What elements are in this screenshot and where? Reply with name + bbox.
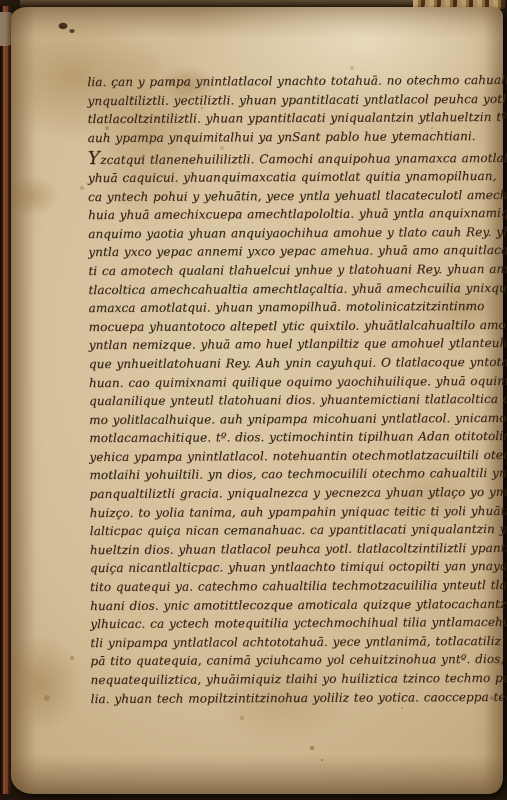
manuscript-line: ca yntech pohui y yehuātin, yece yntla y… bbox=[88, 186, 492, 207]
manuscript-line: tito quatequi ya. catechmo cahualtilia t… bbox=[90, 576, 494, 597]
manuscript-line: ti ca amotech qualani tlahuelcui ynhue y… bbox=[88, 260, 492, 281]
manuscript-line: amaxca amotlatqui. yhuan ynamopilhuā. mo… bbox=[89, 297, 493, 318]
manuscript-line: tli ynipampa yntlatlacol achtototahuā. y… bbox=[90, 632, 494, 653]
manuscript-line: qualanilique ynteutl tlatohuani dios. yh… bbox=[89, 390, 493, 411]
manuscript-text-block: lia. çan y pampa ynintlatlacol ynachto t… bbox=[87, 71, 494, 711]
manuscript-line: tlacoltica amechcahualtia amechtlaçaltia… bbox=[88, 278, 492, 299]
manuscript-line: ylhuicac. ca yctech motequitilia yctechm… bbox=[90, 613, 494, 634]
manuscript-line: pā tito quatequia, canimā yciuhcamo yol … bbox=[90, 650, 494, 671]
manuscript-line: lia. çan y pampa ynintlatlacol ynachto t… bbox=[87, 71, 491, 92]
manuscript-line: panqualtiliztli gracia. yniqualnezca y y… bbox=[89, 483, 493, 504]
manuscript-line: huizço. to yolia tanima, auh ypampahin y… bbox=[90, 502, 494, 523]
manuscript-line: ynqualtiliztli. yectiliztli. yhuan ypant… bbox=[87, 90, 491, 111]
manuscript-line: huia yhuā amechixcuepa amechtlapololtia.… bbox=[88, 204, 492, 225]
manuscript-line: tlatlacoltzintiliztli. yhuan ypantitlaca… bbox=[88, 108, 492, 129]
manuscript-line: motlacamachitique. tº. dios. yctimochint… bbox=[89, 427, 493, 448]
manuscript-line: que ynhueitlatohuani Rey. Auh ynin cayuh… bbox=[89, 353, 493, 374]
paragraph: Yzcatqui tlanenehuililiztli. Camochi anq… bbox=[88, 148, 495, 708]
manuscript-line: huani dios. ynic amotittlecozque amotica… bbox=[90, 595, 494, 616]
manuscript-line: auh ypampa ynquimitalhui ya ynSant pablo… bbox=[88, 127, 492, 148]
manuscript-line: lalticpac quiça nican cemanahuac. ca ypa… bbox=[90, 520, 494, 541]
manuscript-line: yhuā caquicui. yhuanquimaxcatia quimotla… bbox=[88, 167, 492, 188]
manuscript-line: mo yolitlacalhuique. auh ynipampa micohu… bbox=[89, 409, 493, 430]
manuscript-line: quiça nicantlalticpac. yhuan yntlaachto … bbox=[90, 557, 494, 578]
book-photograph: lia. çan y pampa ynintlatlacol ynachto t… bbox=[0, 0, 507, 800]
foxing-stains bbox=[11, 7, 13, 9]
manuscript-line: motlaihi yohuiltili. yn dios, cao techmo… bbox=[89, 464, 493, 485]
book-top-edge bbox=[20, 0, 440, 7]
manuscript-line: mocuepa yhuantotoco altepetl ytic quixti… bbox=[89, 316, 493, 337]
manuscript-line: lia. yhuan tech mopiltzintitzinohua yoli… bbox=[91, 688, 495, 709]
manuscript-line: Yzcatqui tlanenehuililiztli. Camochi anq… bbox=[88, 148, 492, 169]
manuscript-page: lia. çan y pampa ynintlatlacol ynachto t… bbox=[11, 7, 503, 794]
manuscript-line: yntla yxco yepac annemi yxco yepac amehu… bbox=[88, 241, 492, 262]
paragraph: lia. çan y pampa ynintlatlacol ynachto t… bbox=[87, 71, 491, 147]
manuscript-line: nequatequiliztica, yhuāimiquiz tlaihi yo… bbox=[90, 669, 494, 690]
manuscript-line: yehica ypampa ynintlatlacol. notehuantin… bbox=[89, 446, 493, 467]
manuscript-line: yntlan nemizque. yhuā amo huel ytlanpilt… bbox=[89, 334, 493, 355]
manuscript-line: anquimo yaotia yhuan anquiyaochihua amoh… bbox=[88, 223, 492, 244]
manuscript-line: huan. cao quimixnami quilique oquimo yao… bbox=[89, 371, 493, 392]
manuscript-line: hueltzin dios. yhuan tlatlacol peuhca yo… bbox=[90, 539, 494, 560]
